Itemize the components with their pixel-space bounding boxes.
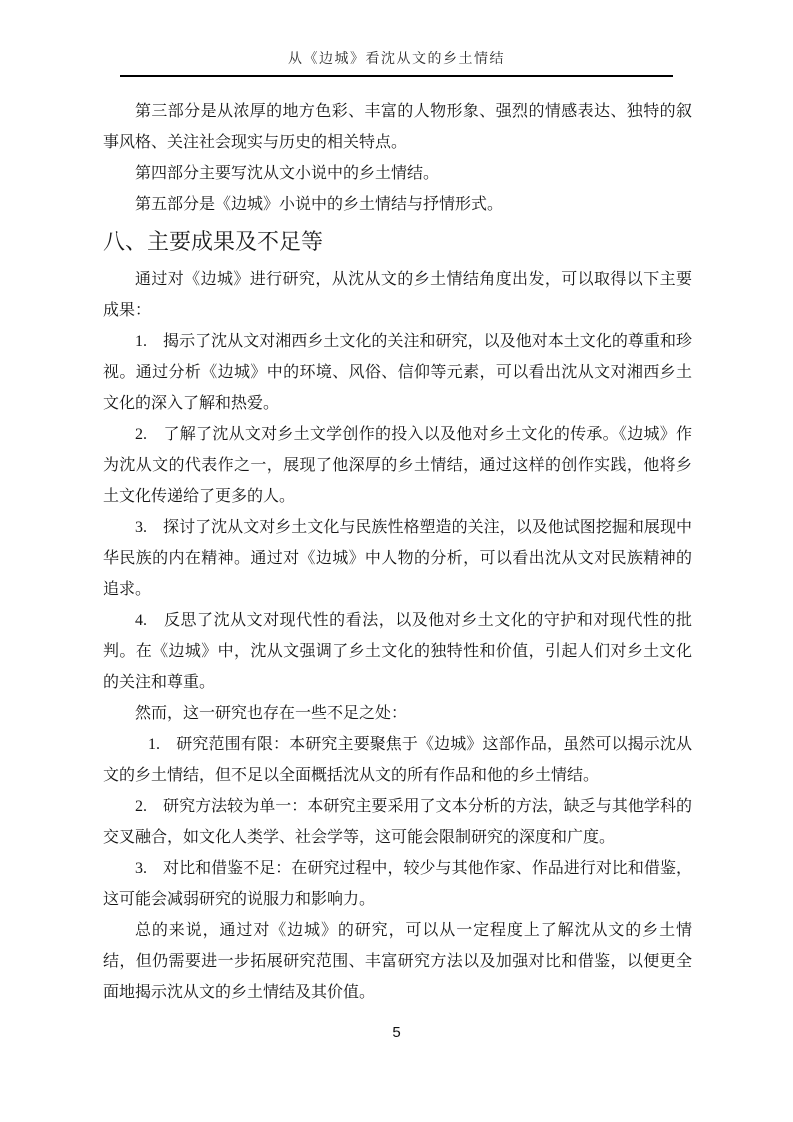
page-header-title: 从《边城》看沈从文的乡土情结: [0, 51, 793, 68]
document-body: 第三部分是从浓厚的地方色彩、丰富的人物形象、强烈的情感表达、独特的叙事风格、关注…: [103, 96, 692, 1008]
paragraph: 2. 研究方法较为单一：本研究主要采用了文本分析的方法，缺乏与其他学科的交叉融合…: [103, 791, 692, 853]
paragraph: 第四部分主要写沈从文小说中的乡土情结。: [103, 158, 692, 189]
section-heading: 八、主要成果及不足等: [103, 221, 692, 262]
page-header: 从《边城》看沈从文的乡土情结: [0, 0, 793, 77]
paragraph: 然而，这一研究也存在一些不足之处：: [103, 698, 692, 729]
paragraph: 第三部分是从浓厚的地方色彩、丰富的人物形象、强烈的情感表达、独特的叙事风格、关注…: [103, 96, 692, 158]
paragraph: 4. 反思了沈从文对现代性的看法，以及他对乡土文化的守护和对现代性的批判。在《边…: [103, 605, 692, 698]
paragraph: 3. 探讨了沈从文对乡土文化与民族性格塑造的关注，以及他试图挖掘和展现中华民族的…: [103, 512, 692, 605]
paragraph: 2. 了解了沈从文对乡土文学创作的投入以及他对乡土文化的传承。《边城》作为沈从文…: [103, 419, 692, 512]
paragraph: 总的来说，通过对《边城》的研究，可以从一定程度上了解沈从文的乡土情结，但仍需要进…: [103, 915, 692, 1008]
intro-paragraphs: 第三部分是从浓厚的地方色彩、丰富的人物形象、强烈的情感表达、独特的叙事风格、关注…: [103, 96, 692, 220]
document-page: 从《边城》看沈从文的乡土情结 第三部分是从浓厚的地方色彩、丰富的人物形象、强烈的…: [0, 0, 793, 1122]
page-header-rule: [120, 75, 673, 77]
results-paragraphs: 通过对《边城》进行研究，从沈从文的乡土情结角度出发，可以取得以下主要成果：1. …: [103, 264, 692, 1008]
page-footer: 5: [0, 1023, 793, 1043]
paragraph: 通过对《边城》进行研究，从沈从文的乡土情结角度出发，可以取得以下主要成果：: [103, 264, 692, 326]
paragraph: 1. 揭示了沈从文对湘西乡土文化的关注和研究，以及他对本土文化的尊重和珍视。通过…: [103, 326, 692, 419]
paragraph: 3. 对比和借鉴不足：在研究过程中，较少与其他作家、作品进行对比和借鉴，这可能会…: [103, 853, 692, 915]
page-number: 5: [392, 1024, 400, 1041]
paragraph: 第五部分是《边城》小说中的乡土情结与抒情形式。: [103, 189, 692, 220]
paragraph: 1. 研究范围有限：本研究主要聚焦于《边城》这部作品，虽然可以揭示沈从文的乡土情…: [103, 729, 692, 791]
